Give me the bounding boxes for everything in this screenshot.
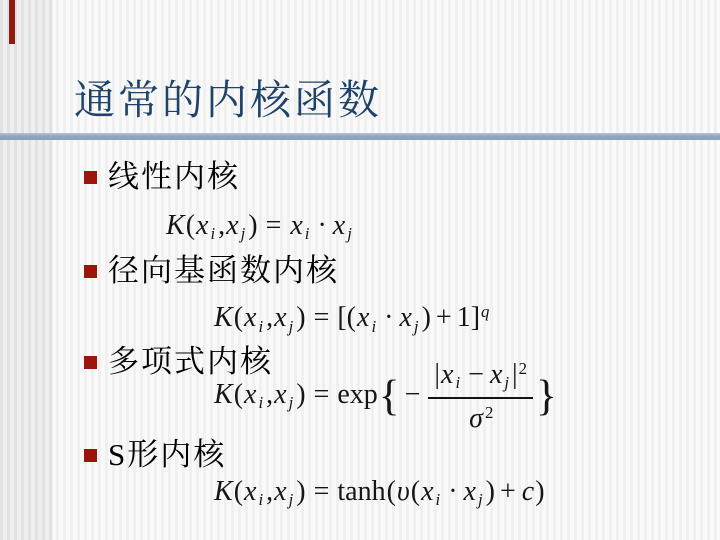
formula-token: j	[289, 490, 294, 509]
formula-token: j	[347, 224, 352, 243]
formula-token: c	[521, 476, 535, 507]
formula-token: tanh	[337, 476, 386, 507]
formula-token: K	[213, 302, 234, 333]
formula-token: σ	[468, 403, 484, 434]
formula-token: )	[248, 210, 257, 241]
formula-token: x	[398, 302, 412, 333]
formula-token: (	[387, 476, 396, 507]
formula-token: i	[436, 490, 441, 509]
formula-token: x	[243, 379, 257, 410]
formula-token: (	[234, 476, 243, 507]
formula-token: (	[234, 379, 243, 410]
formula-token: =	[306, 302, 338, 333]
slide-title: 通常的内核函数	[74, 76, 382, 125]
formula-token: +	[431, 302, 457, 333]
formula-token: −	[463, 359, 489, 390]
formula-token: x	[273, 379, 287, 410]
formula-token: i	[258, 393, 263, 412]
formula-token: x	[243, 476, 257, 507]
formula-linear-kernel: K(xi,xj)=xi·xj	[165, 206, 355, 254]
formula-token: i	[371, 317, 376, 336]
formula-token: ]	[471, 302, 480, 333]
formula-token: x	[356, 302, 370, 333]
formula-token: (	[186, 210, 195, 241]
formula-token: K	[165, 210, 186, 241]
formula-token: x	[225, 210, 239, 241]
formula-token: K	[213, 476, 234, 507]
formula-token: )	[535, 476, 544, 507]
bullet-item-linear-kernel: 线性内核	[84, 156, 240, 198]
formula-token: i	[305, 224, 310, 243]
left-stripe-band	[0, 0, 53, 540]
formula-gaussian-form: K(xi,xj)=exp{−|xi−xj|2σ2}	[213, 357, 557, 436]
formula-token: −	[400, 379, 426, 410]
formula-token: x	[289, 210, 303, 241]
formula-token: )	[296, 379, 305, 410]
formula-token: j	[289, 317, 294, 336]
formula-token: ·	[443, 476, 462, 507]
formula-token: j	[414, 317, 419, 336]
formula-token: (	[234, 302, 243, 333]
formula-token: x	[243, 302, 257, 333]
bullet-square-icon	[84, 356, 97, 369]
title-underline-rule	[0, 133, 720, 140]
formula-token: K	[213, 379, 234, 410]
formula-token: i	[210, 224, 215, 243]
formula-token: |xi−xj|2	[428, 357, 533, 399]
bullet-label: S形内核	[108, 434, 226, 476]
formula-token: )	[296, 302, 305, 333]
formula-token: i	[258, 317, 263, 336]
formula-token: x	[489, 359, 503, 390]
formula-token: ·	[312, 210, 331, 241]
formula-token: q	[481, 302, 489, 321]
formula-token: [(	[337, 302, 356, 333]
formula-token: x	[273, 302, 287, 333]
bullet-square-icon	[84, 449, 97, 462]
formula-token: )	[422, 302, 431, 333]
formula-token: i	[455, 373, 460, 392]
formula-token: x	[332, 210, 346, 241]
bullet-label: 线性内核	[108, 156, 240, 198]
formula-token: =	[258, 210, 290, 241]
bullet-item-rbf-kernel: 径向基函数内核	[84, 250, 339, 292]
formula-token: σ2	[428, 399, 533, 436]
formula-token: x	[273, 476, 287, 507]
formula-token: )	[486, 476, 495, 507]
formula-token: j	[241, 224, 246, 243]
formula-token: j	[504, 373, 509, 392]
bullet-square-icon	[84, 265, 97, 278]
presentation-slide: 通常的内核函数 线性内核 K(xi,xj)=xi·xj 径向基函数内核 K(xi…	[0, 0, 720, 540]
formula-token: j	[289, 393, 294, 412]
formula-token: 1	[457, 302, 471, 333]
formula-token: x	[420, 476, 434, 507]
formula-token: {	[379, 372, 400, 420]
formula-token: x	[463, 476, 477, 507]
formula-token: (	[411, 476, 420, 507]
fraction: |xi−xj|2σ2	[428, 357, 533, 436]
formula-token: 2	[519, 359, 527, 378]
red-accent-bar	[9, 0, 15, 44]
formula-token: )	[296, 476, 305, 507]
formula-token: x	[195, 210, 209, 241]
formula-token: ·	[379, 302, 398, 333]
formula-token: 2	[485, 403, 493, 422]
formula-token: x	[440, 359, 454, 390]
bullet-item-sigmoid-kernel: S形内核	[84, 434, 226, 476]
formula-token: j	[478, 490, 483, 509]
formula-token: i	[258, 490, 263, 509]
bullet-square-icon	[84, 171, 97, 184]
bullet-label: 径向基函数内核	[108, 250, 339, 292]
formula-token: +	[495, 476, 521, 507]
formula-token: =	[306, 476, 338, 507]
formula-token: |	[512, 359, 518, 390]
formula-token: exp	[337, 379, 378, 410]
formula-token: }	[536, 372, 557, 420]
formula-sigmoid-form: K(xi,xj)=tanh(υ(xi·xj)+c)	[213, 472, 545, 520]
formula-token: υ	[396, 476, 411, 507]
formula-polynomial-form: K(xi,xj)=[(xi·xj)+1]q	[213, 292, 489, 347]
formula-token: =	[306, 379, 338, 410]
